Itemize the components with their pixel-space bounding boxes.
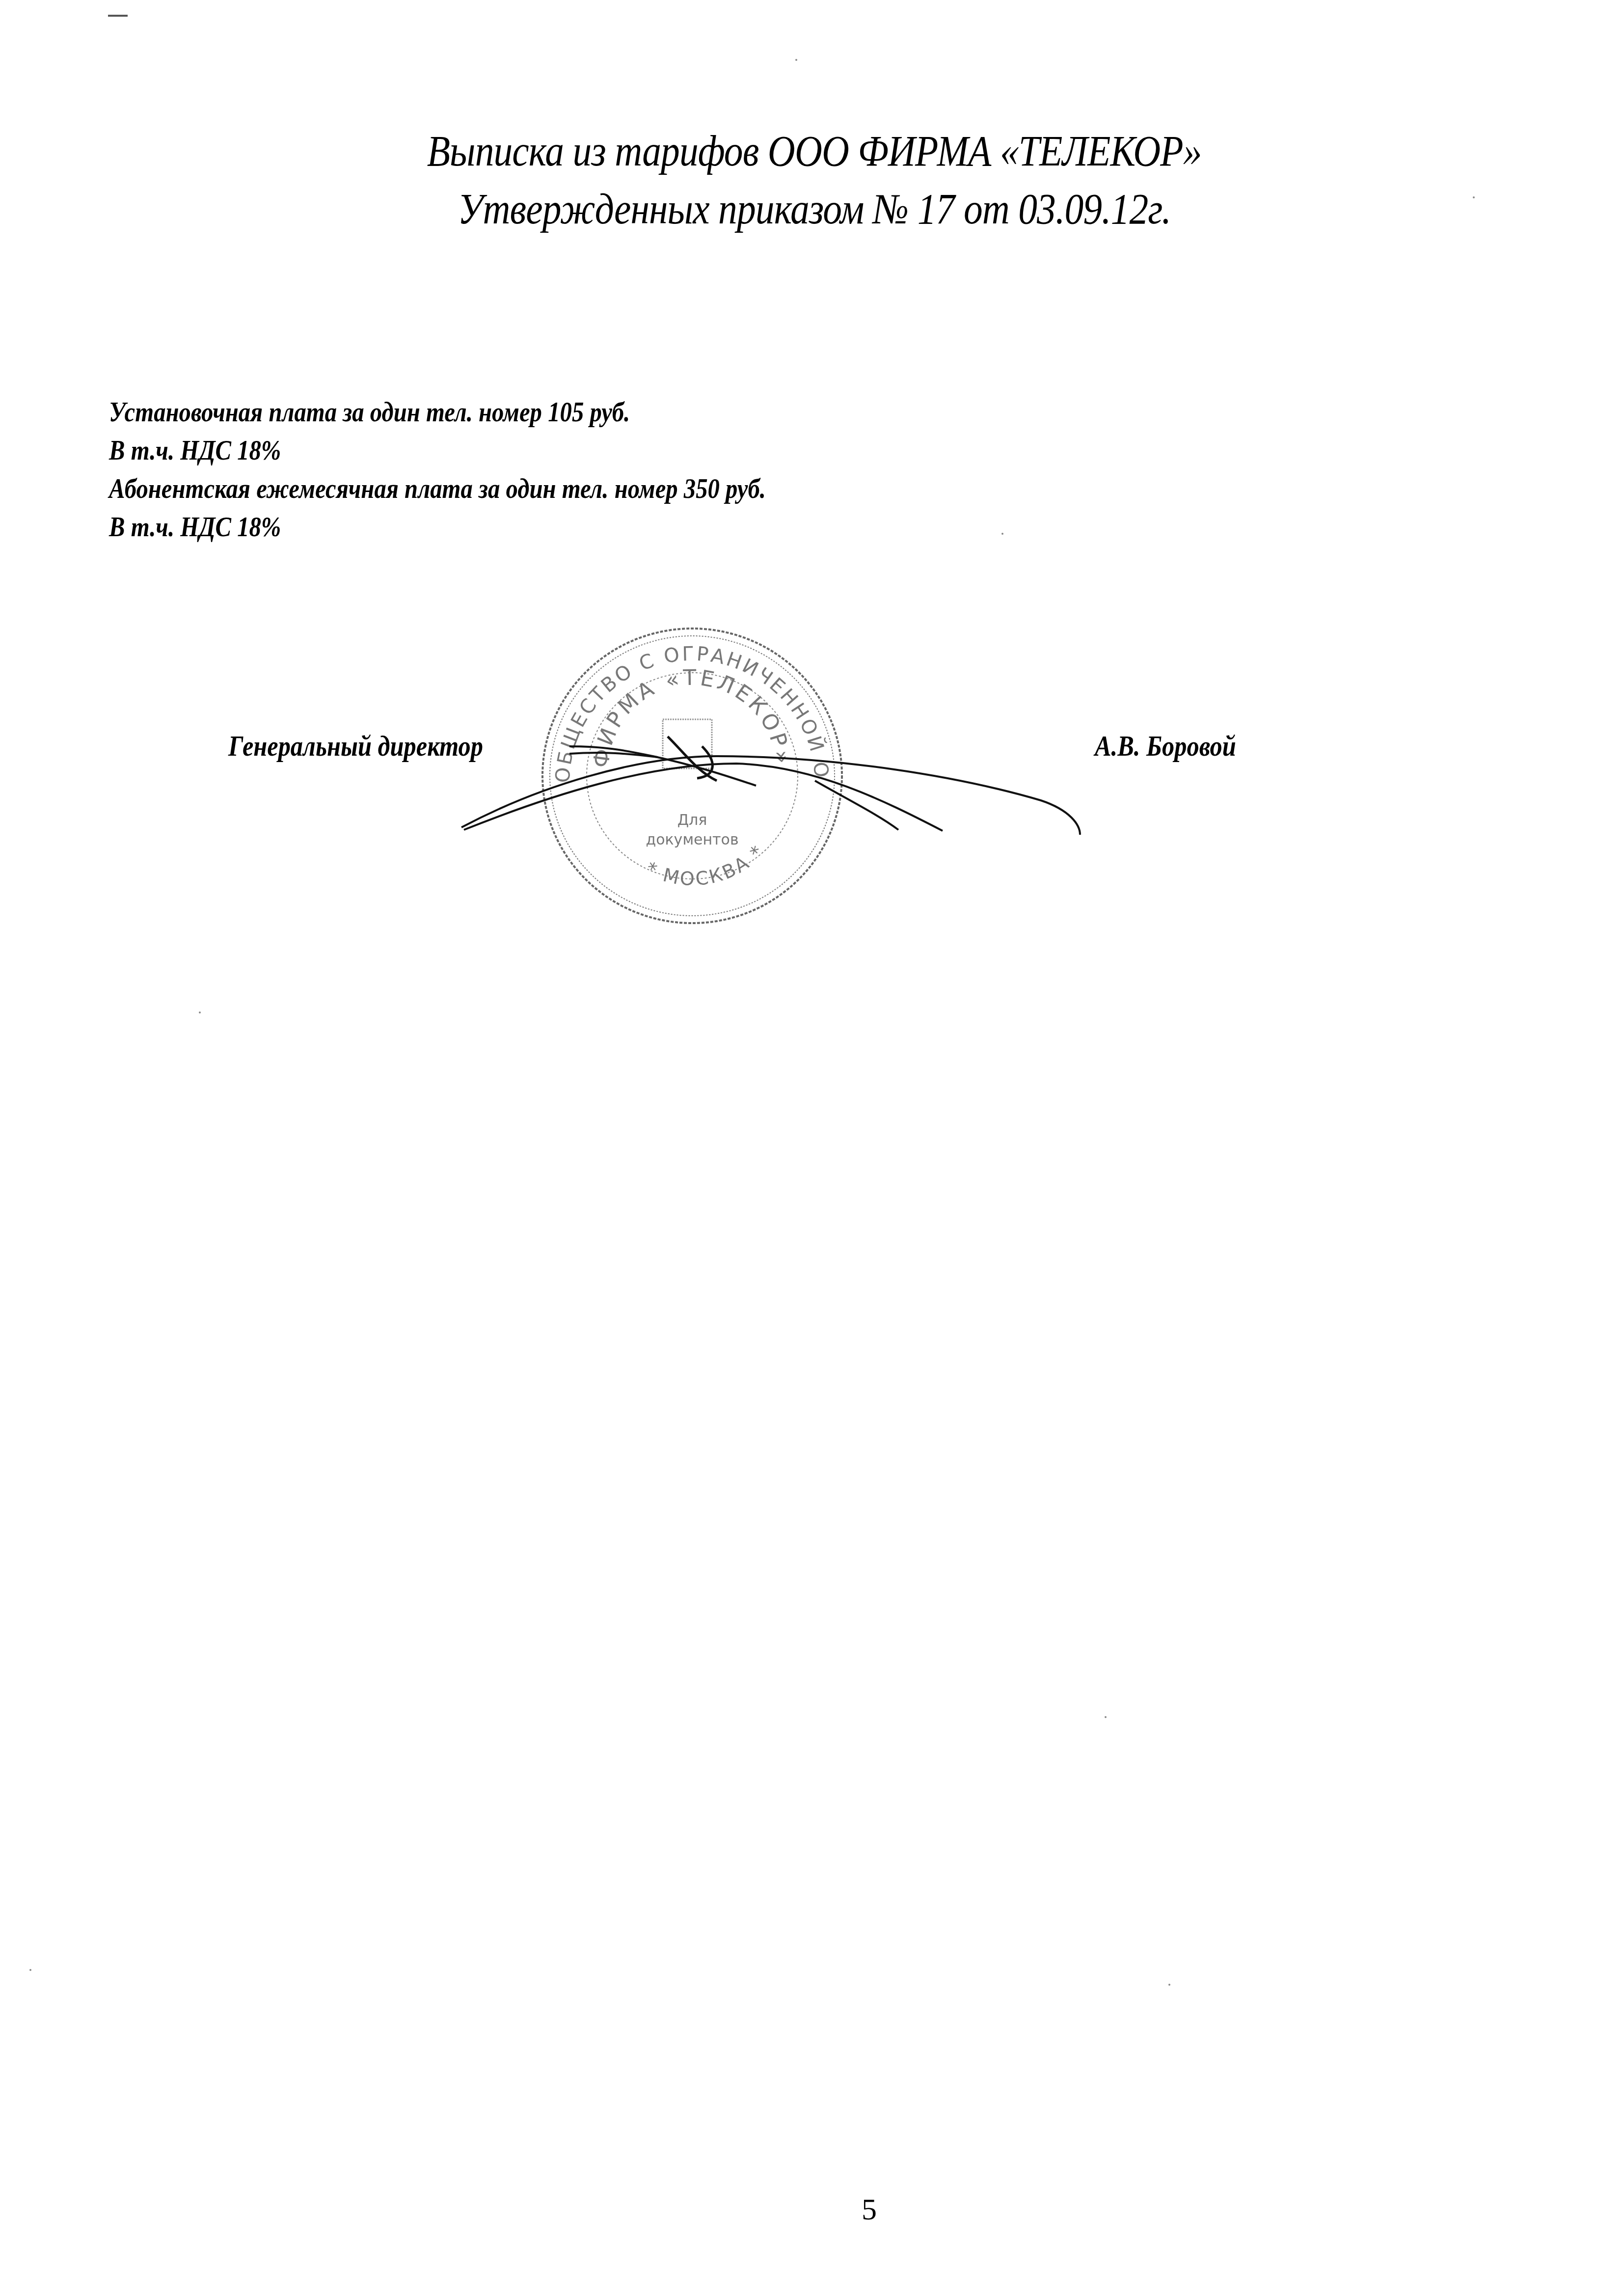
scan-speck bbox=[1001, 533, 1003, 535]
scan-speck bbox=[795, 59, 797, 61]
scan-speck bbox=[1168, 1984, 1170, 1986]
handwritten-signature bbox=[442, 727, 1227, 845]
page-number: 5 bbox=[862, 2192, 877, 2227]
tariff-line-vat-2: В т.ч. НДС 18% bbox=[109, 508, 766, 546]
scan-artifact bbox=[108, 15, 128, 17]
document-title: Выписка из тарифов ООО ФИРМА «ТЕЛЕКОР» У… bbox=[100, 123, 1528, 239]
title-line-1: Выписка из тарифов ООО ФИРМА «ТЕЛЕКОР» bbox=[100, 123, 1528, 181]
tariff-line-vat-1: В т.ч. НДС 18% bbox=[109, 431, 766, 469]
scan-speck bbox=[1105, 1716, 1107, 1718]
tariff-line-subscription: Абонентская ежемесячная плата за один те… bbox=[109, 469, 766, 508]
tariff-line-installation: Установочная плата за один тел. номер 10… bbox=[109, 393, 766, 431]
scan-speck bbox=[1473, 196, 1475, 198]
tariff-list: Установочная плата за один тел. номер 10… bbox=[109, 393, 766, 546]
scan-speck bbox=[29, 1969, 31, 1971]
scan-speck bbox=[199, 1011, 201, 1013]
title-line-2: Утвержденных приказом № 17 от 03.09.12г. bbox=[100, 181, 1528, 239]
